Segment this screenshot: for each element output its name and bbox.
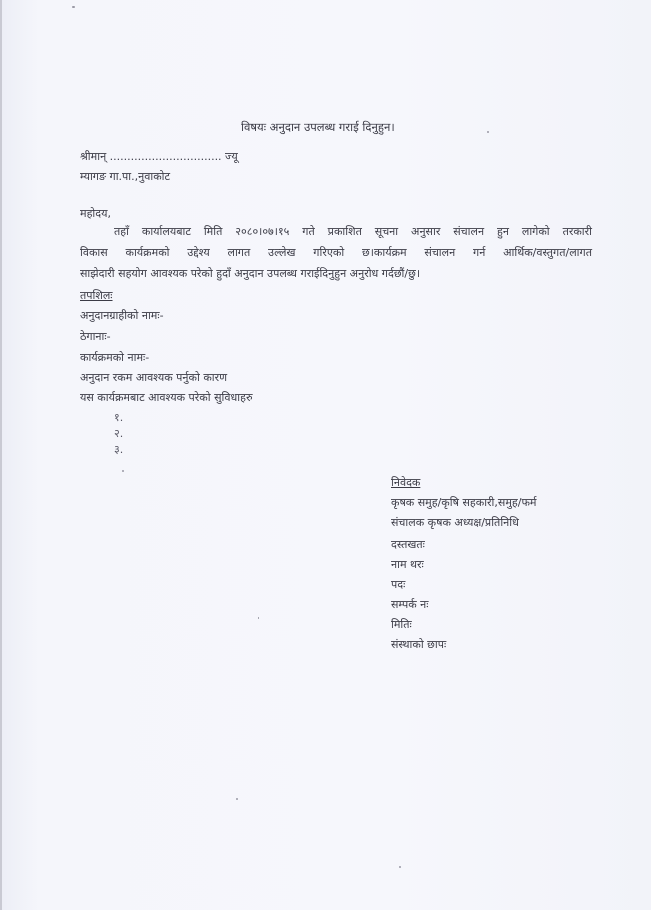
applicant-org-type: कृषक समुह/कृषि सहकारी,समुह/फर्म [391,496,537,510]
greeting: महोदय, [80,207,111,221]
numbered-item: २. [114,426,123,441]
applicant-contact-field: सम्पर्क नः [391,598,428,612]
scan-speck [258,617,259,619]
scan-speck [487,131,489,133]
body-line: साझेदारी सहयोग आवश्यक परेको हुदाँ अनुदान… [80,263,592,284]
field-grantee-name: अनुदानग्राहीको नामः- [80,309,164,323]
body-line: तहाँ कार्यालयबाट मिति २०८०।०७।१५ गते प्र… [80,221,592,242]
applicant-heading: निवेदक [391,476,420,490]
applicant-date-field: मितिः [391,618,412,632]
field-address: ठेगानाः- [80,330,111,344]
scan-speck [399,866,401,868]
scan-speck [236,798,238,800]
scanned-page: विषयः अनुदान उपलब्ध गराई दिनुहुन। श्रीमा… [0,0,651,910]
details-heading: तपशिलः [80,289,113,303]
applicant-signature-field: दस्तखतः [391,538,425,552]
subject-line: विषयः अनुदान उपलब्ध गराई दिनुहुन। [241,120,395,134]
numbered-item: १. [114,410,123,425]
applicant-position-field: पदः [391,578,405,592]
field-program-name: कार्यक्रमको नामः- [80,351,149,365]
body-paragraph: तहाँ कार्यालयबाट मिति २०८०।०७।१५ गते प्र… [80,221,592,284]
addressee-office: म्यागङ गा.पा.,नुवाकोट [80,170,170,184]
field-benefits: यस कार्यक्रमबाट आवश्यक परेको सुविधाहरु [80,391,253,405]
scan-speck [122,470,124,472]
field-grant-reason: अनुदान रकम आवश्यक पर्नुको कारण [80,371,227,385]
applicant-stamp-field: संस्थाको छापः [391,638,446,652]
body-line: विकास कार्यक्रमको उद्देश्य लागत उल्लेख ग… [80,242,592,263]
page-edge [0,0,2,910]
numbered-item: ३. [114,442,123,457]
applicant-name-field: नाम थरः [391,558,424,572]
scan-speck [72,6,75,8]
applicant-role: संचालक कृषक अध्यक्ष/प्रतिनिधि [391,516,519,530]
addressee-salutation: श्रीमान् ...............................… [80,150,238,164]
